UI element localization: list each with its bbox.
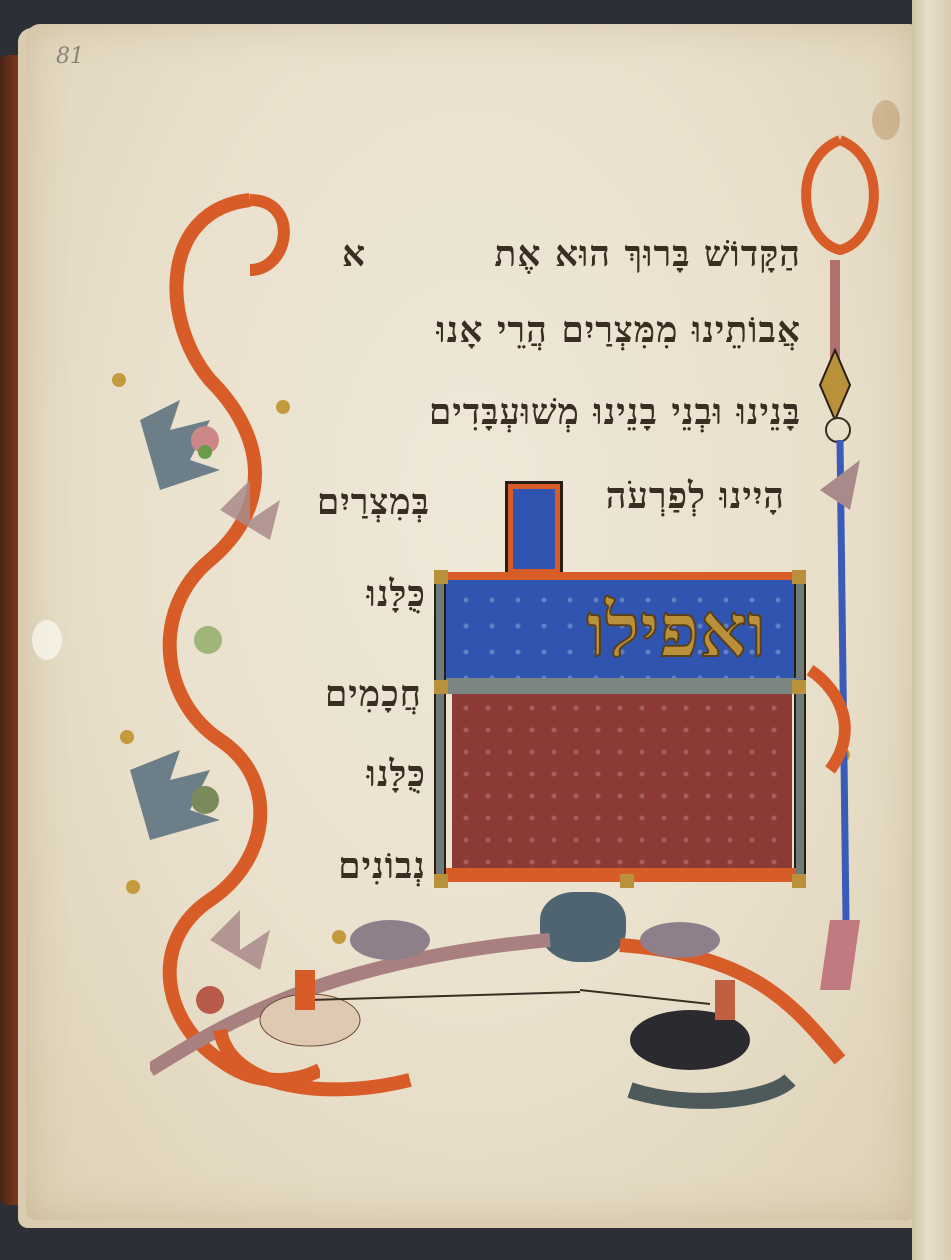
- text-line-2: אֲבוֹתֵינוּ מִמִּצְרַיִם הֲרֵי אָנוּ: [436, 312, 801, 348]
- gold-corner: [434, 570, 448, 584]
- panel-separator: [446, 678, 796, 694]
- hare: [640, 922, 720, 958]
- gold-dot: [126, 880, 140, 894]
- text-line-1: הַקָּדוֹשׁ בָּרוּךְ הוּא אֶת: [494, 236, 801, 272]
- initial-word-panel: ואפילו: [434, 484, 806, 892]
- text-line-6: כֻּלָּנוּ: [330, 576, 426, 612]
- stain: [32, 620, 62, 660]
- panel-ascender: [508, 484, 560, 574]
- gold-dot: [112, 373, 126, 387]
- text-line-3: בָּנֵינוּ וּבְנֵי בָנֵינוּ מְשׁוּעְבָּדִ…: [429, 394, 801, 430]
- gold-initial-word: ואפילו: [586, 588, 766, 675]
- gold-dot: [276, 400, 290, 414]
- jousting-scene: [150, 900, 880, 1120]
- gold-corner: [434, 680, 448, 694]
- gold-dot: [120, 730, 134, 744]
- panel-red-field: [452, 694, 792, 870]
- facing-page-edge: [912, 0, 951, 1260]
- gold-corner: [434, 874, 448, 888]
- text-line-9: נְבוֹנִים: [310, 848, 426, 884]
- hare: [350, 920, 430, 960]
- text-line-5: בְּמִצְרַיִם: [312, 484, 430, 520]
- catchword: א: [342, 236, 366, 272]
- text-line-8: כֻּלָּנוּ: [330, 756, 426, 792]
- text-line-7: חֲכָמִים: [322, 676, 422, 712]
- gold-corner: [620, 874, 634, 888]
- folio-number: 81: [56, 44, 84, 69]
- panel-border-left: [434, 572, 446, 882]
